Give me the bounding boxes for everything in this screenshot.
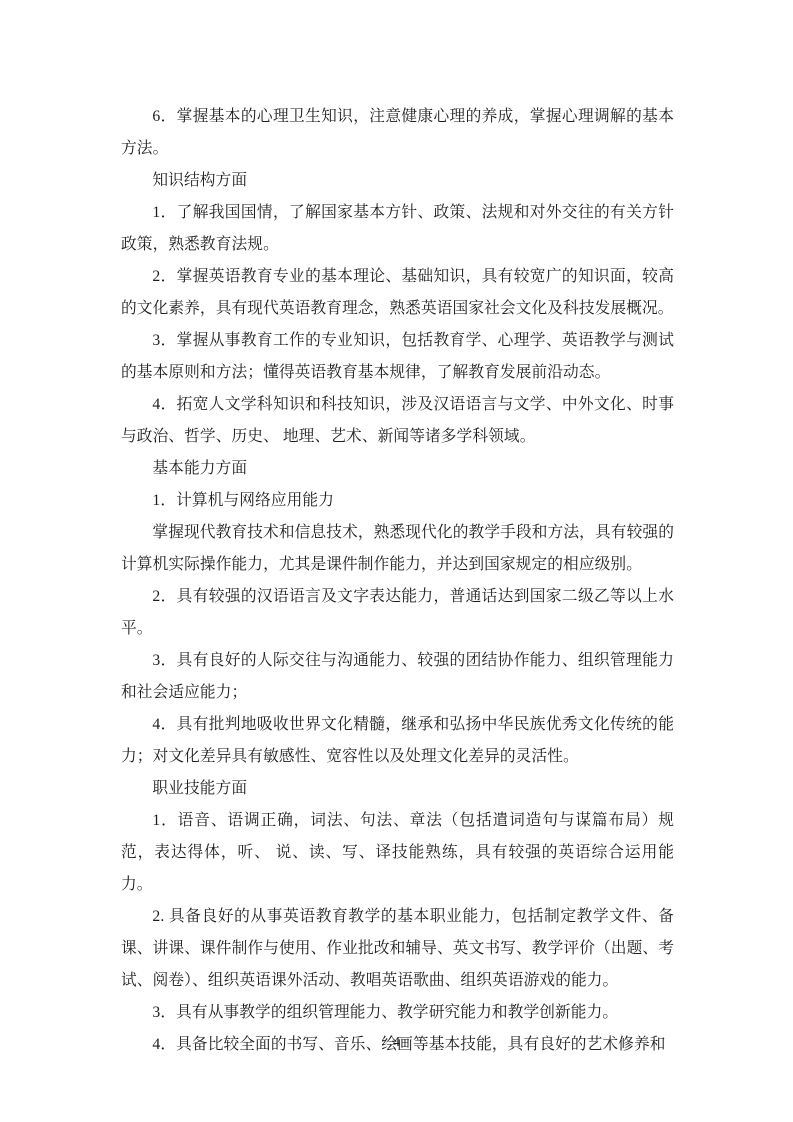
- paragraph: 2．具有较强的汉语语言及文字表达能力，普通话达到国家二级乙等以上水平。: [121, 581, 674, 645]
- paragraph: 1．计算机与网络应用能力: [121, 485, 674, 517]
- document-body: 6．掌握基本的心理卫生知识，注意健康心理的养成，掌握心理调解的基本方法。知识结构…: [121, 101, 674, 1061]
- paragraph: 4．拓宽人文学科知识和科技知识，涉及汉语语言与文学、中外文化、时事与政治、哲学、…: [121, 389, 674, 453]
- paragraph: 2. 具备良好的从事英语教育教学的基本职业能力，包括制定教学文件、备课、讲课、课…: [121, 901, 674, 997]
- paragraph: 3．具有从事教学的组织管理能力、教学研究能力和教学创新能力。: [121, 997, 674, 1029]
- paragraph: 掌握现代教育技术和信息技术，熟悉现代化的教学手段和方法，具有较强的计算机实际操作…: [121, 517, 674, 581]
- paragraph: 基本能力方面: [121, 453, 674, 485]
- page-footer: 4: [0, 1033, 793, 1053]
- page-number: 4: [393, 1035, 400, 1050]
- paragraph: 2．掌握英语教育专业的基本理论、基础知识，具有较宽广的知识面，较高的文化素养，具…: [121, 261, 674, 325]
- paragraph: 6．掌握基本的心理卫生知识，注意健康心理的养成，掌握心理调解的基本方法。: [121, 101, 674, 165]
- document-page: 6．掌握基本的心理卫生知识，注意健康心理的养成，掌握心理调解的基本方法。知识结构…: [0, 0, 793, 1122]
- paragraph: 4．具有批判地吸收世界文化精髓，继承和弘扬中华民族优秀文化传统的能力；对文化差异…: [121, 709, 674, 773]
- paragraph: 1．了解我国国情，了解国家基本方针、政策、法规和对外交往的有关方针政策，熟悉教育…: [121, 197, 674, 261]
- paragraph: 3．掌握从事教育工作的专业知识，包括教育学、心理学、英语教学与测试的基本原则和方…: [121, 325, 674, 389]
- paragraph: 知识结构方面: [121, 165, 674, 197]
- paragraph: 3．具有良好的人际交往与沟通能力、较强的团结协作能力、组织管理能力和社会适应能力…: [121, 645, 674, 709]
- paragraph: 1．语音、语调正确，词法、句法、章法（包括遣词造句与谋篇布局）规范，表达得体，听…: [121, 805, 674, 901]
- paragraph: 职业技能方面: [121, 773, 674, 805]
